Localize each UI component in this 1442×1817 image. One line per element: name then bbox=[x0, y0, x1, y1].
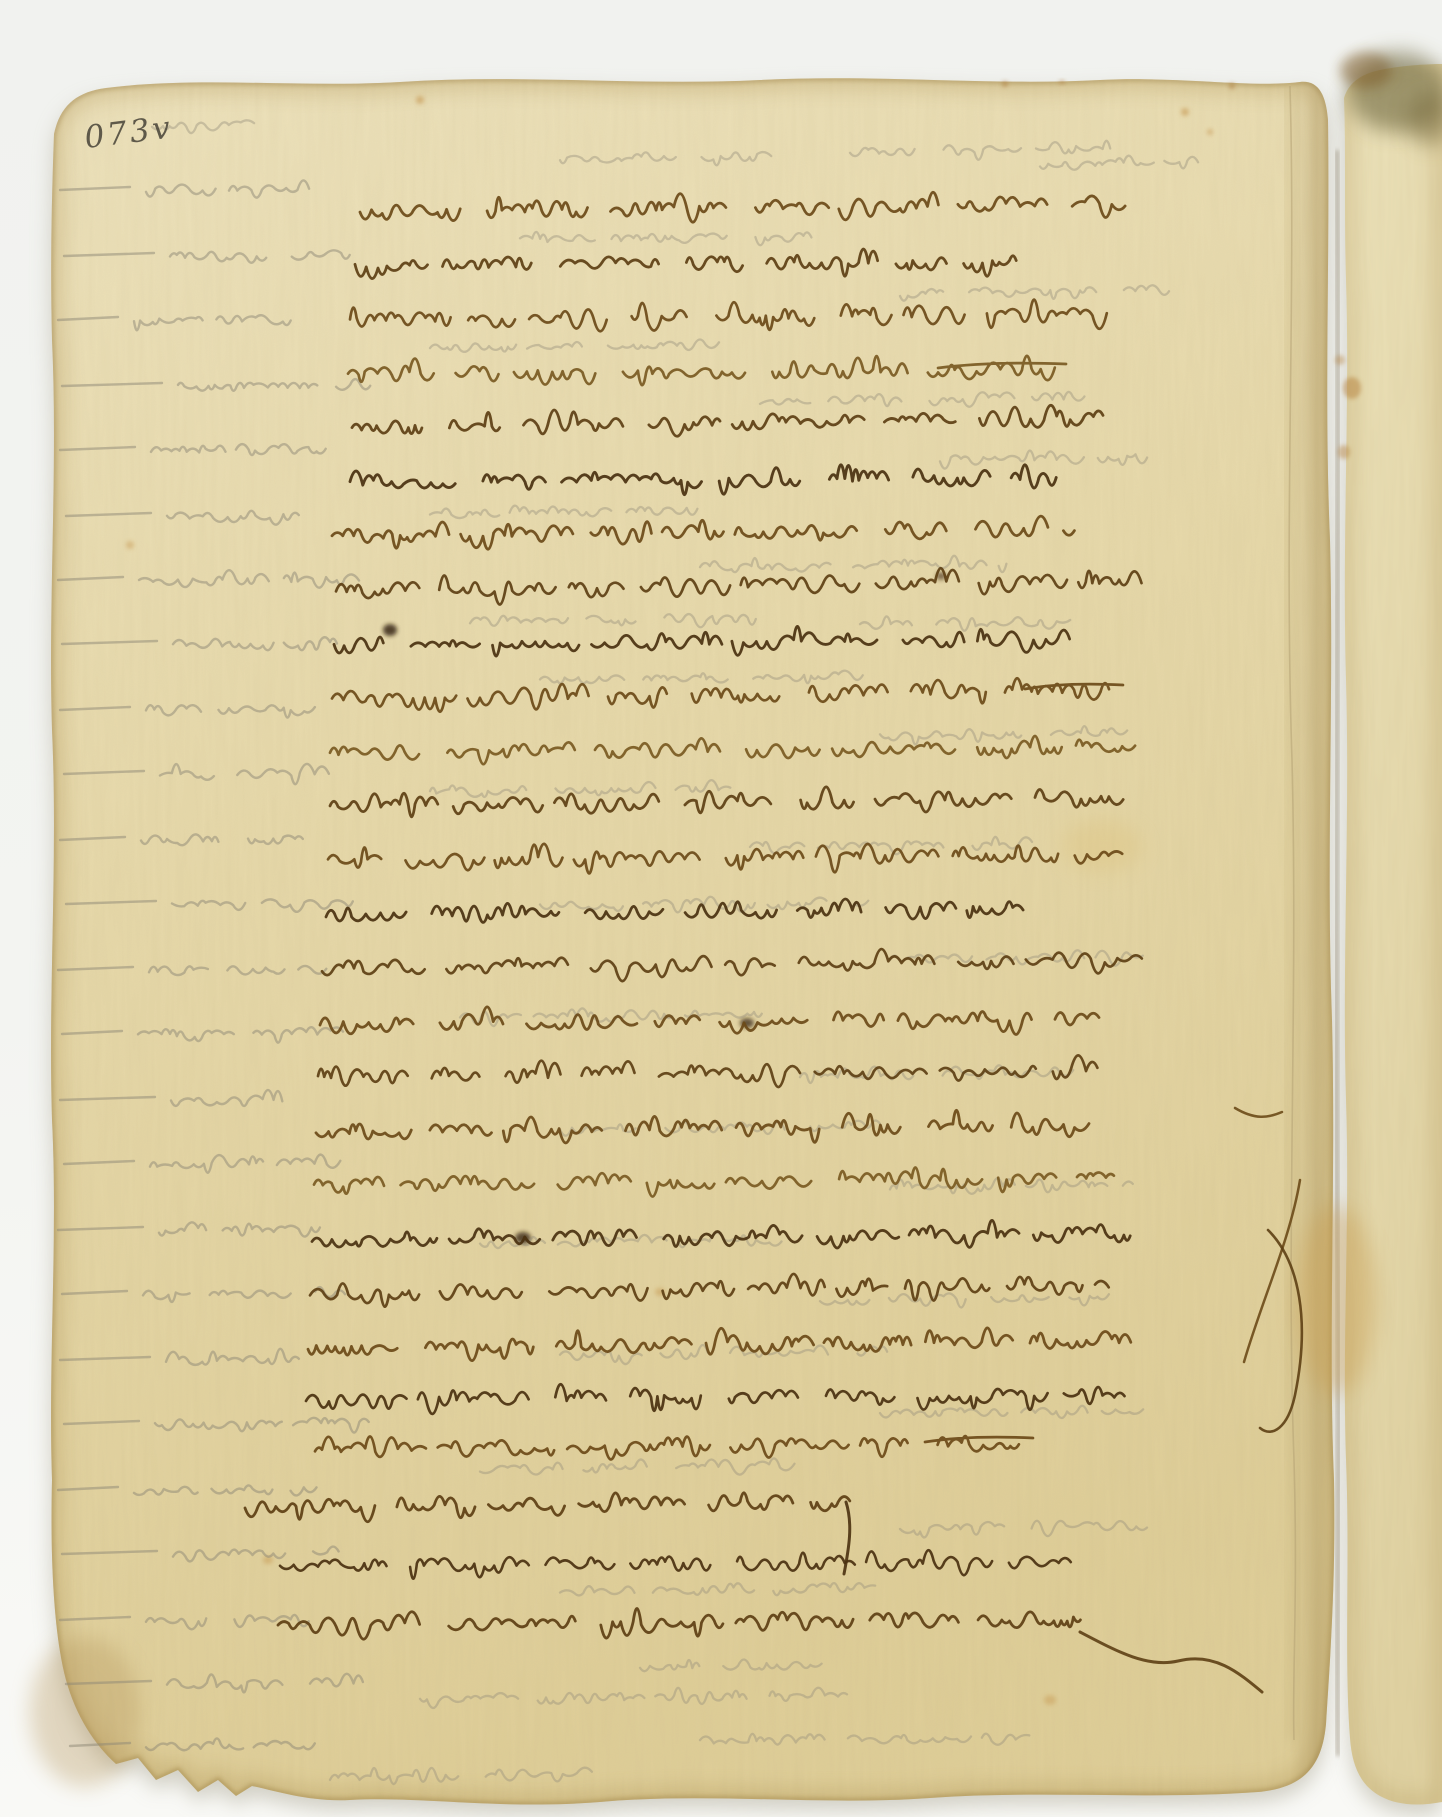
stain bbox=[1062, 820, 1142, 872]
page-gutter-groove bbox=[1337, 150, 1339, 1756]
manuscript-scan-image: 073v bbox=[0, 0, 1442, 1817]
stain bbox=[126, 541, 134, 549]
stain bbox=[416, 96, 424, 104]
stain bbox=[1059, 80, 1065, 84]
stain bbox=[1338, 445, 1350, 459]
manuscript-page-surface bbox=[40, 60, 1340, 1817]
stain bbox=[1044, 1695, 1056, 1705]
stain bbox=[1229, 83, 1235, 89]
stain bbox=[1002, 81, 1008, 87]
scan-background: 073v bbox=[0, 0, 1442, 1817]
stain bbox=[1343, 377, 1361, 399]
stain bbox=[1207, 129, 1213, 135]
stain bbox=[1181, 108, 1189, 116]
stain bbox=[1340, 52, 1392, 88]
paper-grain-texture bbox=[40, 60, 1340, 1817]
stain bbox=[383, 624, 397, 636]
stain bbox=[1296, 1205, 1376, 1395]
stain bbox=[30, 1637, 140, 1787]
stain bbox=[1335, 355, 1345, 365]
